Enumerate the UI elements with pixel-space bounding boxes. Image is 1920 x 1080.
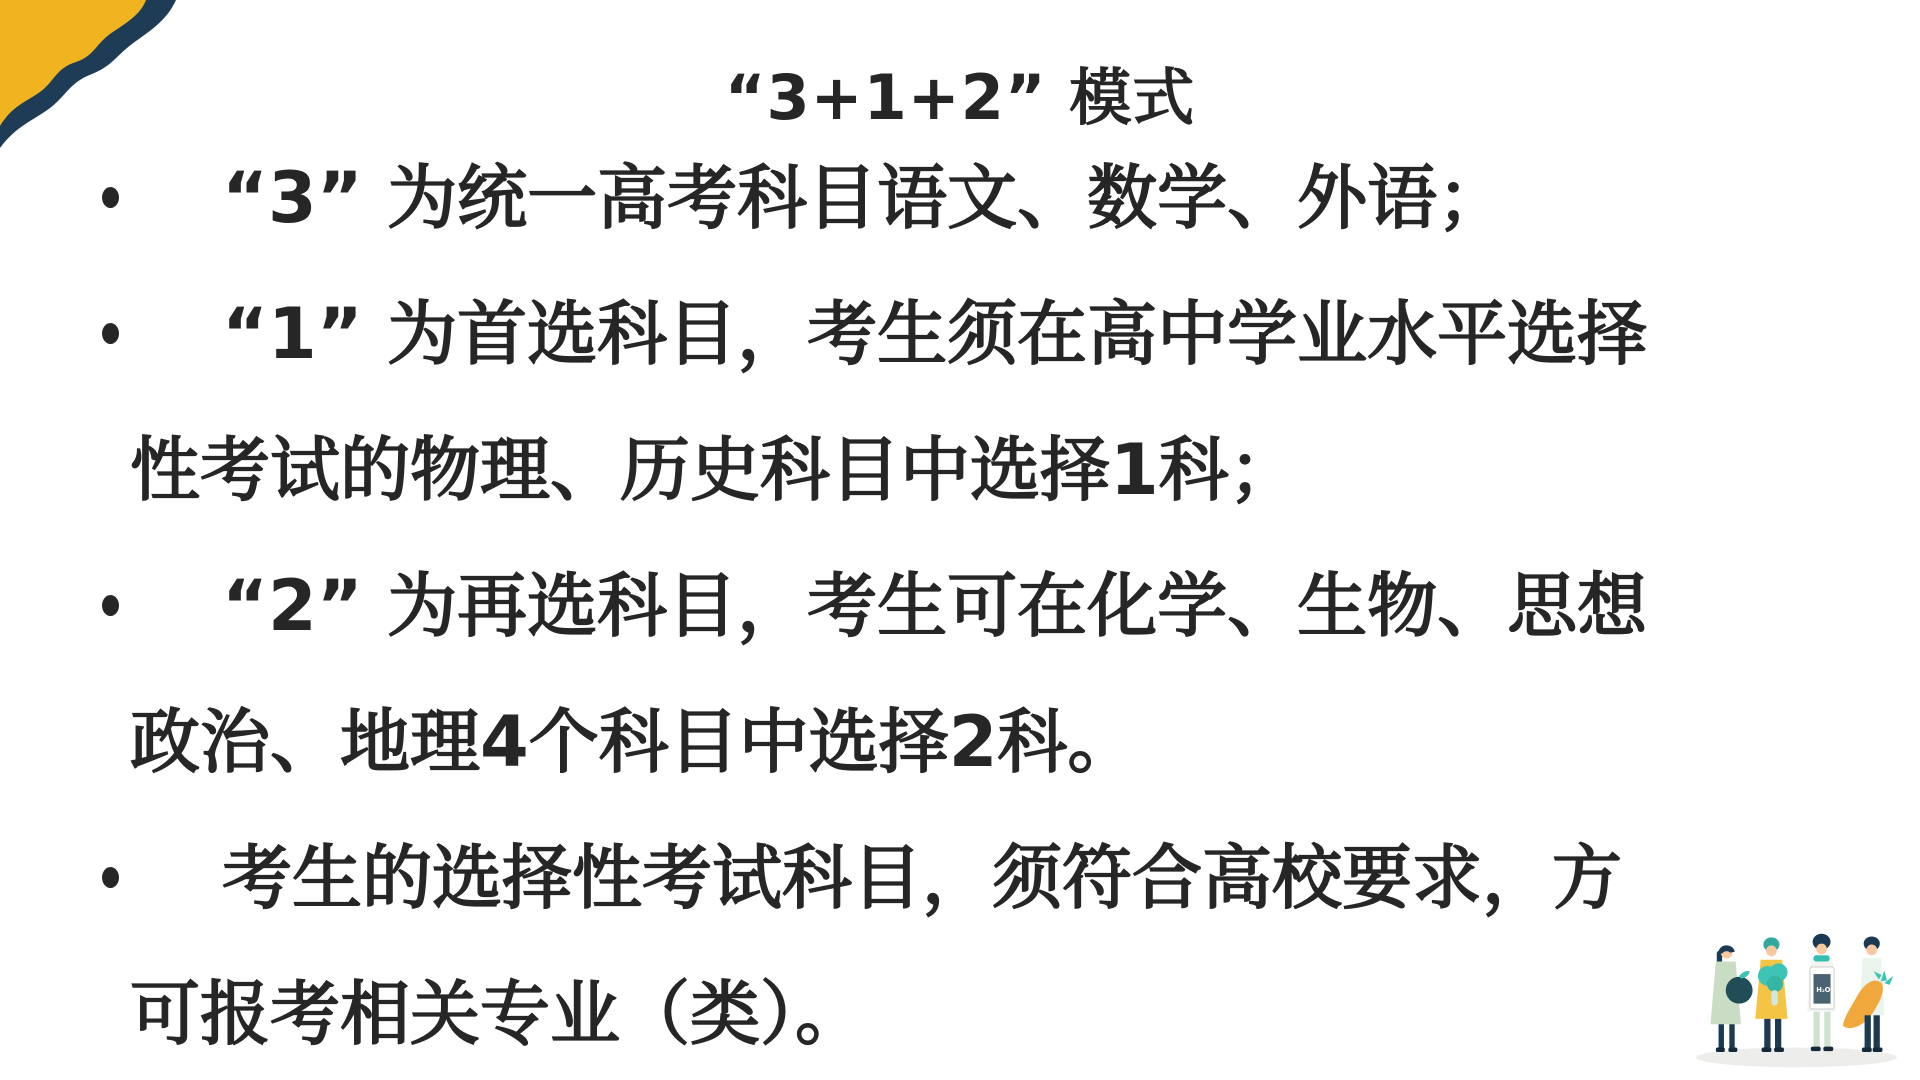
bullet-marker-icon	[102, 323, 119, 344]
bullet-marker-icon	[102, 595, 119, 616]
page-title: “3+1+2” 模式	[0, 48, 1920, 137]
bullet-line: 考生的选择性考试科目，须符合高校要求，方	[130, 810, 1596, 946]
bullet-item-4: 考生的选择性考试科目，须符合高校要求，方 可报考相关专业（类）。	[96, 810, 1596, 1080]
person-water: H₂O	[1807, 934, 1836, 1051]
person-carrot	[1843, 936, 1893, 1052]
people-illustration: H₂O	[1689, 908, 1904, 1076]
bullet-line: 政治、地理4个科目中选择2科。	[130, 674, 1596, 810]
bullet-line: “1” 为首选科目，考生须在高中学业水平选择	[130, 266, 1596, 402]
presentation-slide: “3+1+2” 模式 “3” 为统一高考科目语文、数学、外语； “1” 为首选科…	[0, 0, 1920, 1080]
bullet-item-1: “3” 为统一高考科目语文、数学、外语；	[96, 130, 1596, 266]
water-label: H₂O	[1816, 986, 1831, 994]
bullet-line: 性考试的物理、历史科目中选择1科；	[130, 402, 1596, 538]
bullet-line: “3” 为统一高考科目语文、数学、外语；	[130, 130, 1596, 266]
bullet-line: 可报考相关专业（类）。	[130, 946, 1596, 1080]
bullet-marker-icon	[102, 187, 119, 208]
bullet-line: “2” 为再选科目，考生可在化学、生物、思想	[130, 538, 1596, 674]
person-apple	[1711, 945, 1753, 1052]
bullet-list: “3” 为统一高考科目语文、数学、外语； “1” 为首选科目，考生须在高中学业水…	[96, 130, 1596, 1080]
bullet-marker-icon	[102, 867, 119, 888]
bullet-item-3: “2” 为再选科目，考生可在化学、生物、思想 政治、地理4个科目中选择2科。	[96, 538, 1596, 810]
person-broccoli	[1755, 937, 1787, 1052]
bullet-item-2: “1” 为首选科目，考生须在高中学业水平选择 性考试的物理、历史科目中选择1科；	[96, 266, 1596, 538]
